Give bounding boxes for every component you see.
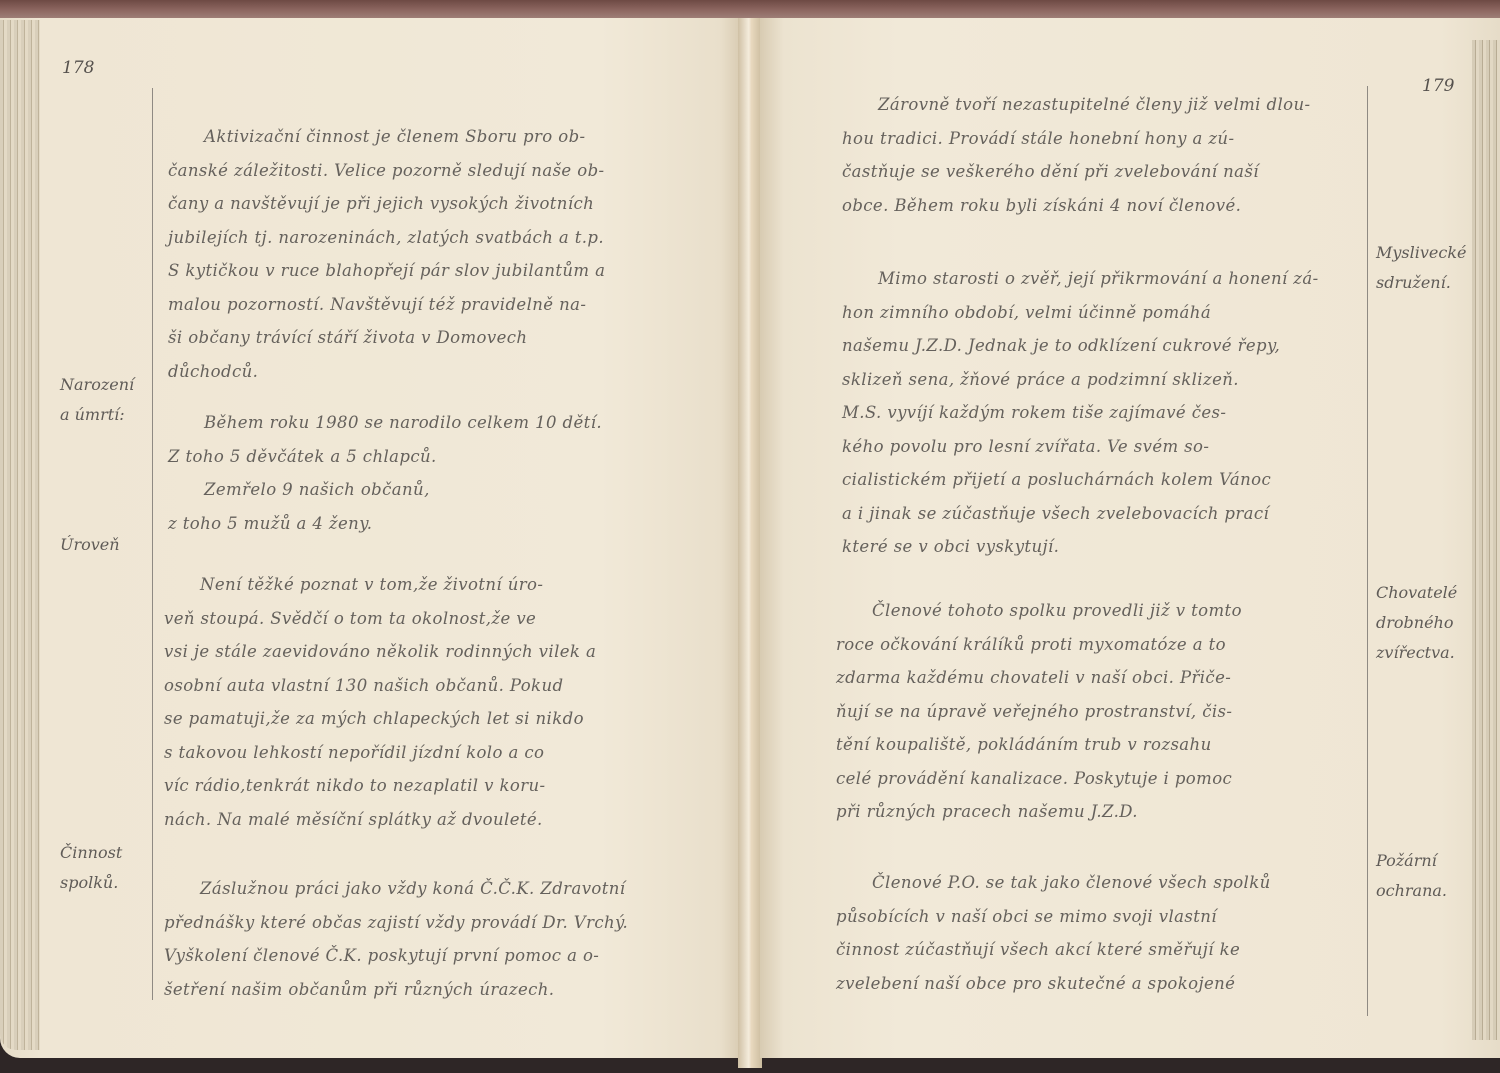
page-number-left: 178: [62, 58, 94, 78]
paragraph-breeders-activity: Členové tohoto spolku provedli již v tom…: [836, 594, 1242, 829]
left-margin-rule: [152, 88, 153, 1000]
paragraph-births-deaths: Během roku 1980 se narodilo celkem 10 dě…: [168, 406, 602, 540]
left-page-stack-edge: [0, 20, 40, 1050]
paragraph-living-standard: Není těžké poznat v tom,že životní úro- …: [164, 568, 596, 836]
margin-note-births-deaths: Narození a úmrtí:: [60, 370, 134, 430]
paragraph-fire-protection: Členové P.O. se tak jako členové všech s…: [836, 866, 1271, 1000]
margin-note-hunting-association: Myslivecké sdružení.: [1376, 238, 1467, 298]
right-margin-rule: [1367, 86, 1368, 1016]
page-number-right: 179: [1422, 76, 1454, 96]
paragraph-hunters-tradition: Zárovně tvoří nezastupitelné členy již v…: [842, 88, 1310, 222]
paragraph-red-cross: Záslužnou práci jako vždy koná Č.Č.K. Zd…: [164, 872, 628, 1006]
paragraph-hunters-activity: Mimo starosti o zvěř, její přikrmování a…: [842, 262, 1319, 564]
margin-note-club-activity: Činnost spolků.: [60, 838, 122, 898]
paragraph-civic-affairs: Aktivizační činnost je členem Sboru pro …: [168, 120, 605, 388]
right-page-stack-edge: [1472, 40, 1500, 1040]
margin-note-small-animal-breeders: Chovatelé drobného zvířectva.: [1376, 578, 1457, 668]
book-gutter: [738, 18, 762, 1068]
margin-note-living-standard: Úroveň: [60, 530, 120, 560]
margin-note-fire-protection: Požární ochrana.: [1376, 846, 1447, 906]
